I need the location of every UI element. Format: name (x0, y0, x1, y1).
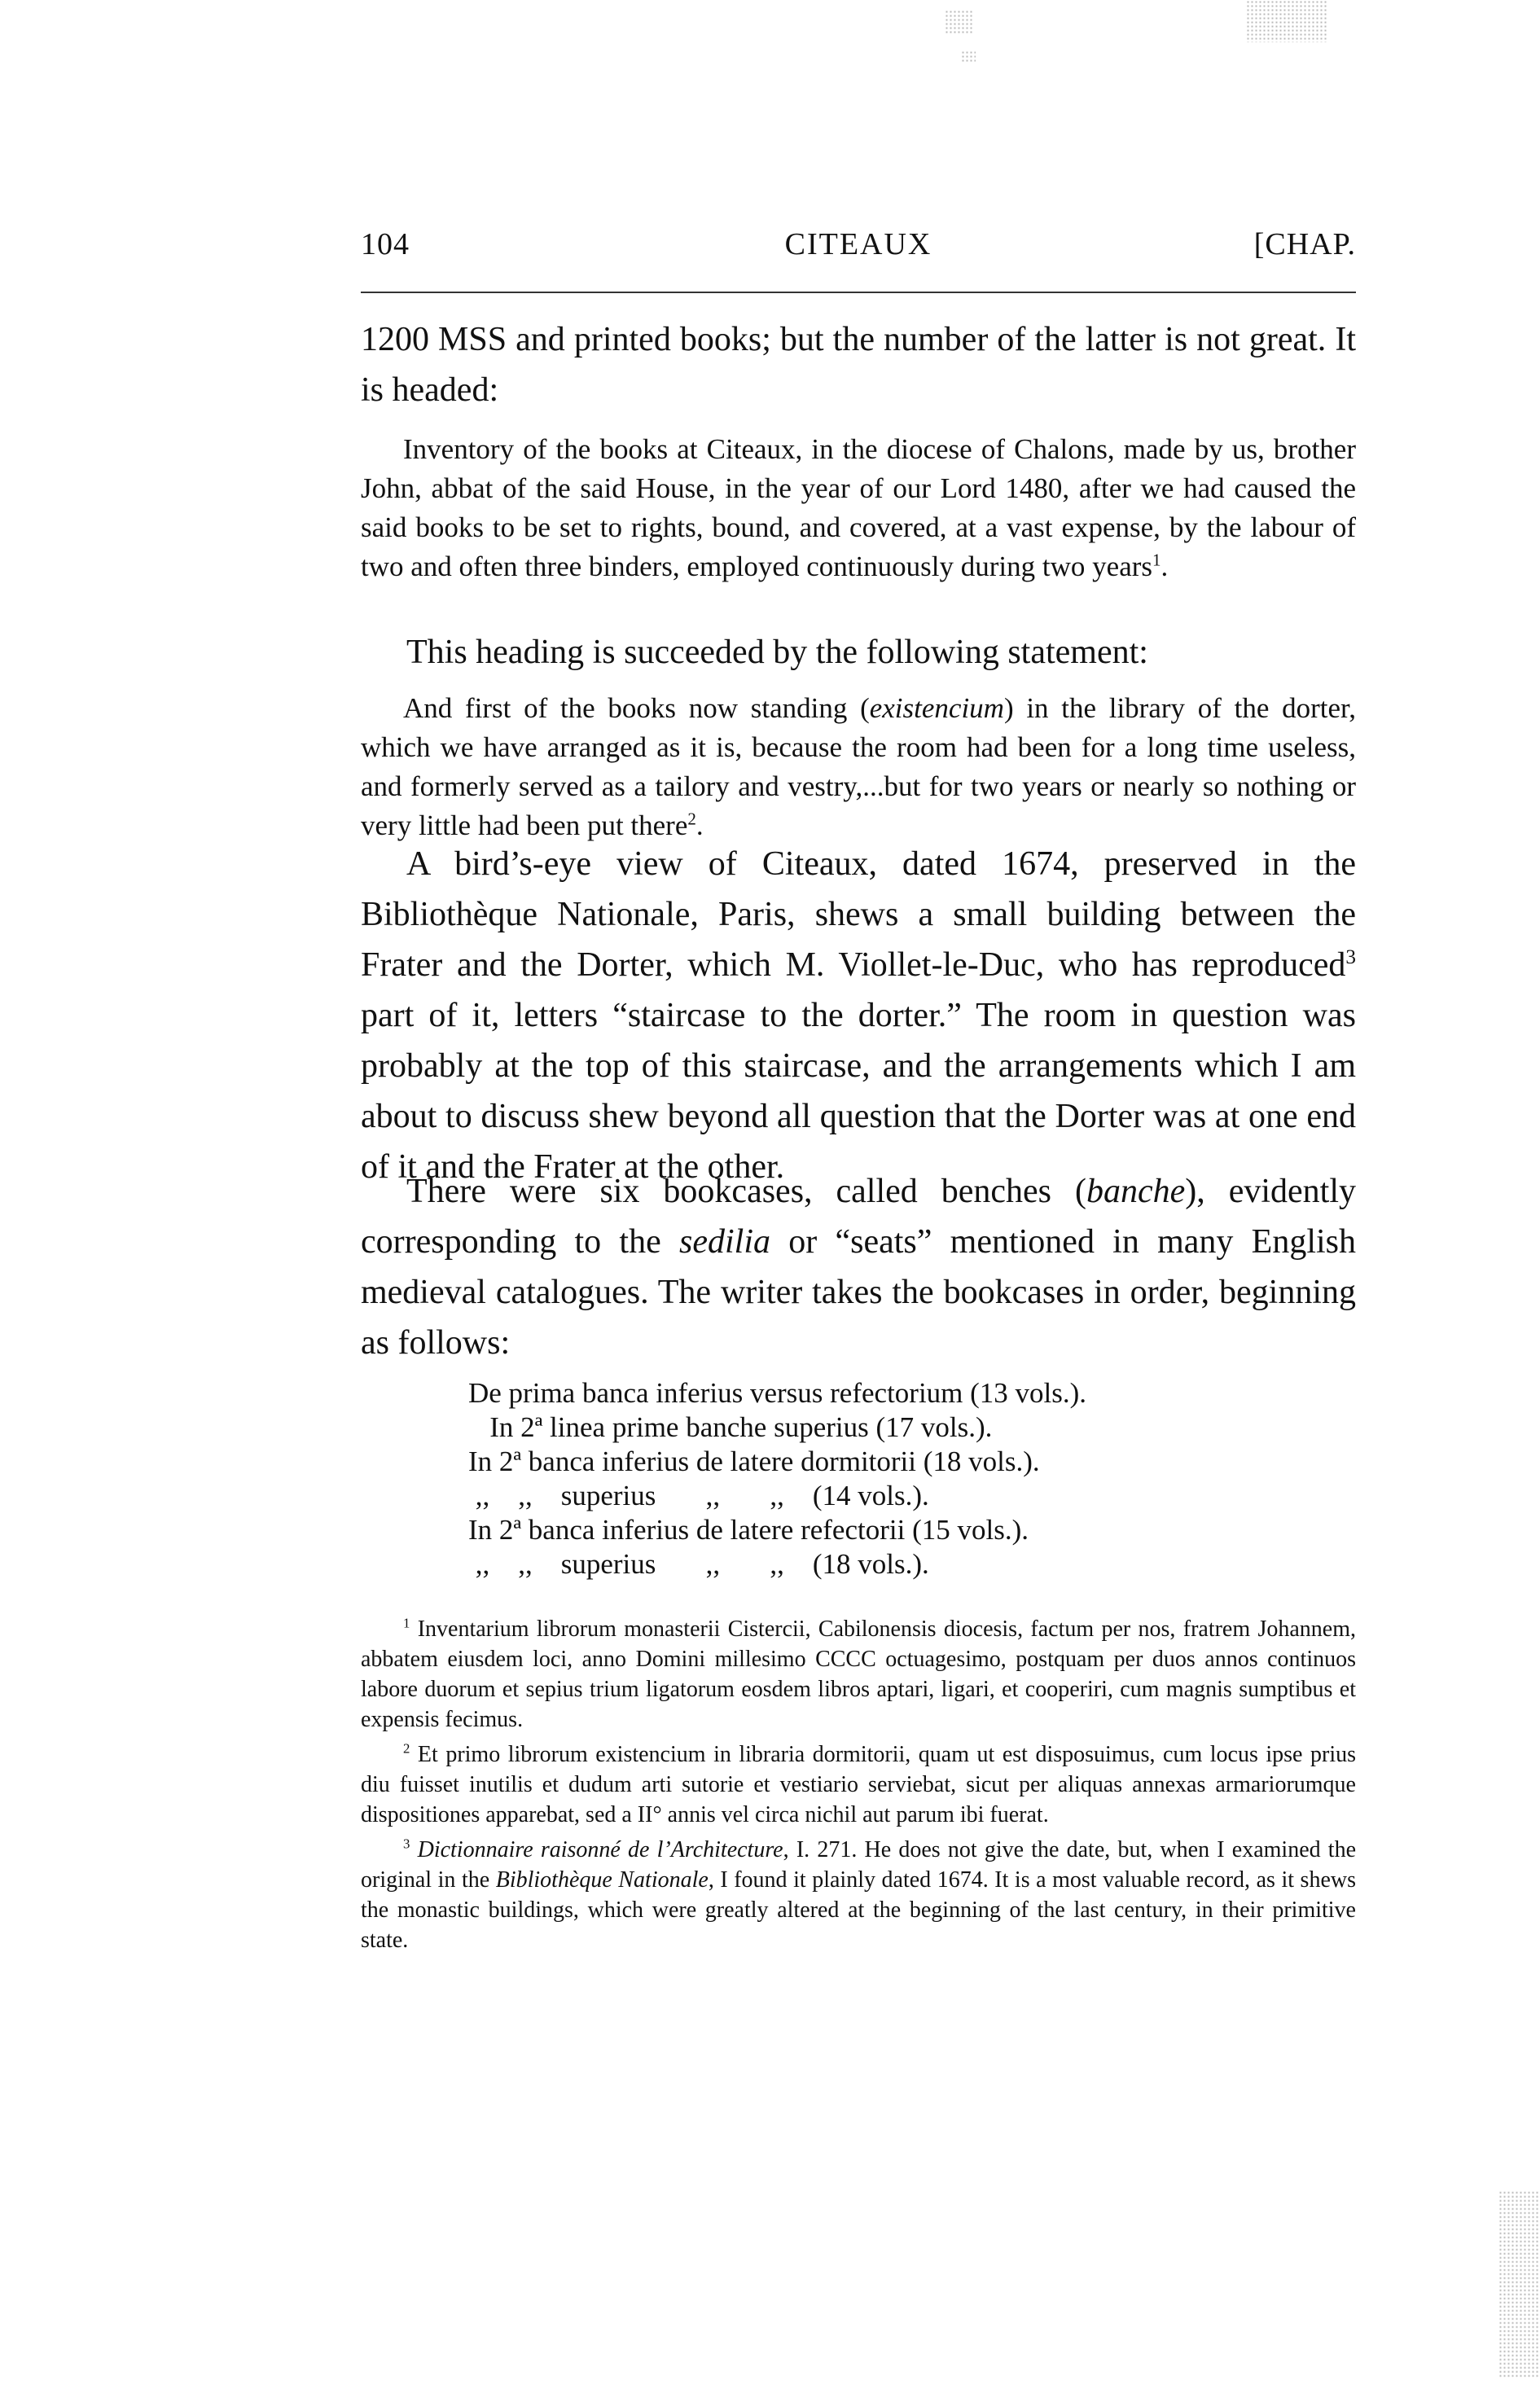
footnotes: 1 Inventarium librorum monasterii Cister… (361, 1614, 1356, 1960)
footnote-3: 3 Dictionnaire raisonné de l’Architectur… (361, 1835, 1356, 1955)
footnote-ref-2[interactable]: 2 (687, 809, 696, 828)
paragraph-3: A bird’s-eye view of Citeaux, dated 1674… (361, 839, 1356, 1192)
running-title: CITEAUX (361, 226, 1356, 262)
paragraph-4: There were six bookcases, called benches… (361, 1166, 1356, 1368)
list-item: ,, ,, superius ,, ,, (14 vols.). (468, 1479, 1087, 1513)
list-item: In 2ª banca inferius de latere dormitori… (468, 1445, 1087, 1479)
running-head: 104 CITEAUX [CHAP. (361, 226, 1356, 272)
chapter-marker: [CHAP. (1254, 226, 1356, 262)
scan-speck (1246, 0, 1327, 42)
footnote-ref-1[interactable]: 1 (1152, 550, 1161, 569)
paragraph-2: This heading is succeeded by the followi… (361, 627, 1356, 678)
bookcase-list: De prima banca inferius versus refectori… (468, 1376, 1087, 1581)
scan-speck (1498, 2191, 1540, 2378)
italic-term: existencium (870, 692, 1004, 724)
scan-speck (961, 50, 976, 62)
block-quote-statement: And first of the books now standing (exi… (361, 689, 1356, 845)
list-item: In 2ª banca inferius de latere refectori… (468, 1513, 1087, 1547)
scan-speck (945, 10, 974, 34)
footnote-2: 2 Et primo librorum existencium in libra… (361, 1739, 1356, 1830)
footnote-ref-3[interactable]: 3 (1345, 946, 1356, 968)
header-rule (361, 292, 1356, 293)
footnote-1: 1 Inventarium librorum monasterii Cister… (361, 1614, 1356, 1735)
block-quote-inventory-heading: Inventory of the books at Citeaux, in th… (361, 430, 1356, 586)
list-item: In 2ª linea prime banche superius (17 vo… (468, 1410, 1087, 1445)
list-item: De prima banca inferius versus refectori… (468, 1376, 1087, 1410)
paragraph-1: 1200 MSS and printed books; but the numb… (361, 314, 1356, 415)
list-item: ,, ,, superius ,, ,, (18 vols.). (468, 1547, 1087, 1581)
